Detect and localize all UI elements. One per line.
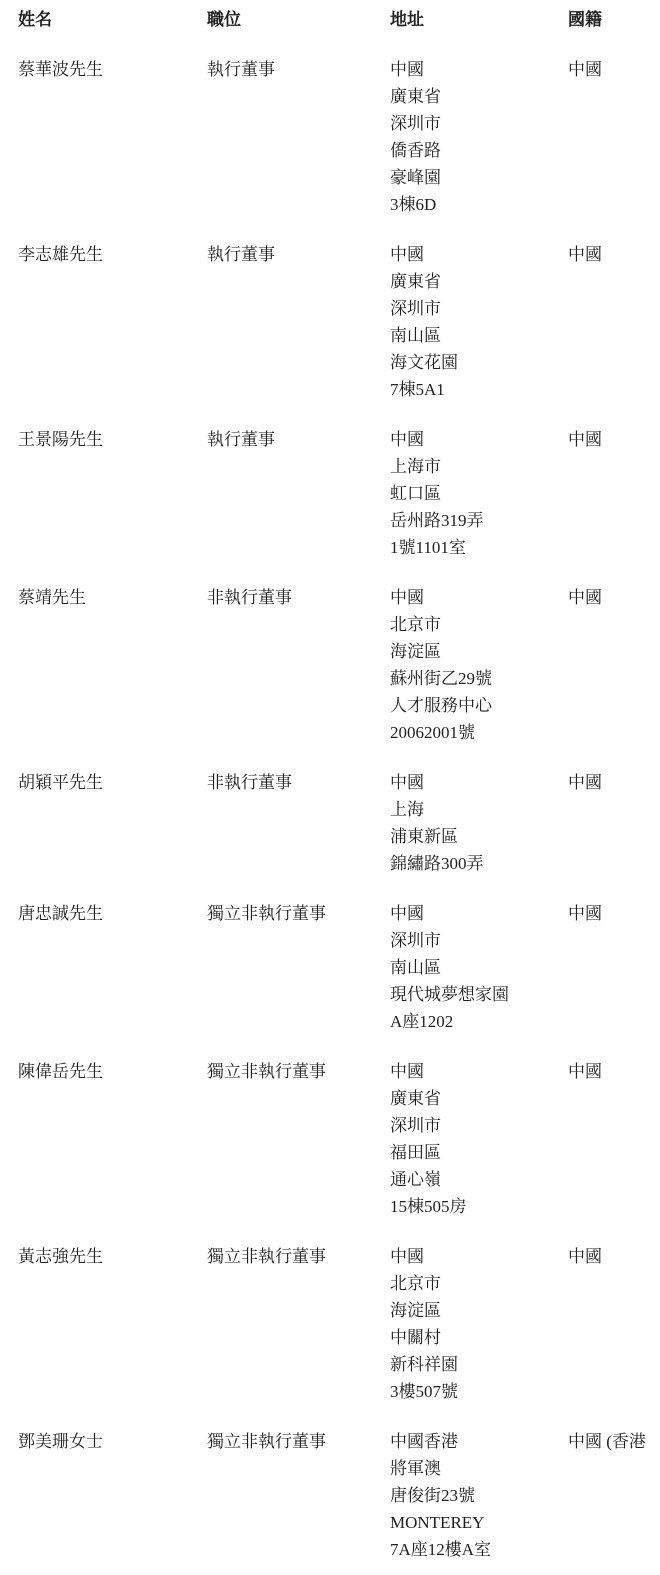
address-line: 中國 bbox=[390, 426, 568, 453]
address-line: 中國 bbox=[390, 584, 568, 611]
address-line: 虹口區 bbox=[390, 480, 568, 507]
director-position: 獨立非執行董事 bbox=[207, 1243, 390, 1270]
address-line: 中關村 bbox=[390, 1324, 568, 1351]
address-line: 上海 bbox=[390, 796, 568, 823]
address-line: 中國 bbox=[390, 1243, 568, 1270]
director-position: 執行董事 bbox=[207, 426, 390, 453]
director-name: 李志雄先生 bbox=[18, 241, 207, 268]
address-line: 南山區 bbox=[390, 954, 568, 981]
director-name: 黃志強先生 bbox=[18, 1243, 207, 1270]
table-row: 胡穎平先生 非執行董事 中國上海浦東新區錦繡路300弄 中國 bbox=[18, 769, 660, 877]
director-name: 胡穎平先生 bbox=[18, 769, 207, 796]
table-row: 鄧美珊女士 獨立非執行董事 中國香港將軍澳唐俊街23號MONTEREY7A座12… bbox=[18, 1428, 660, 1563]
address-line: 深圳市 bbox=[390, 110, 568, 137]
director-position: 獨立非執行董事 bbox=[207, 1058, 390, 1085]
director-position: 執行董事 bbox=[207, 56, 390, 83]
address-line: 7A座12樓A室 bbox=[390, 1536, 568, 1563]
table-row: 蔡華波先生 執行董事 中國廣東省深圳市僑香路豪峰園3棟6D 中國 bbox=[18, 56, 660, 218]
director-address: 中國廣東省深圳市福田區通心嶺15棟505房 bbox=[390, 1058, 568, 1220]
director-nationality: 中國 bbox=[568, 56, 660, 83]
director-address: 中國深圳市南山區現代城夢想家園A座1202 bbox=[390, 900, 568, 1035]
address-line: 海淀區 bbox=[390, 1297, 568, 1324]
director-name: 王景陽先生 bbox=[18, 426, 207, 453]
address-line: 僑香路 bbox=[390, 137, 568, 164]
header-address: 地址 bbox=[390, 6, 568, 33]
director-name: 鄧美珊女士 bbox=[18, 1428, 207, 1455]
address-line: 中國香港 bbox=[390, 1428, 568, 1455]
table-row: 陳偉岳先生 獨立非執行董事 中國廣東省深圳市福田區通心嶺15棟505房 中國 bbox=[18, 1058, 660, 1220]
address-line: 3樓507號 bbox=[390, 1378, 568, 1405]
director-nationality: 中國 bbox=[568, 900, 660, 927]
director-name: 唐忠誠先生 bbox=[18, 900, 207, 927]
directors-table: 姓名 職位 地址 國籍 蔡華波先生 執行董事 中國廣東省深圳市僑香路豪峰園3棟6… bbox=[0, 0, 660, 1563]
address-line: 唐俊街23號 bbox=[390, 1482, 568, 1509]
address-line: 通心嶺 bbox=[390, 1166, 568, 1193]
address-line: 中國 bbox=[390, 1058, 568, 1085]
address-line: 岳州路319弄 bbox=[390, 507, 568, 534]
address-line: 中國 bbox=[390, 241, 568, 268]
director-position: 獨立非執行董事 bbox=[207, 900, 390, 927]
director-nationality: 中國 bbox=[568, 1058, 660, 1085]
address-line: 蘇州街乙29號 bbox=[390, 665, 568, 692]
director-address: 中國廣東省深圳市僑香路豪峰園3棟6D bbox=[390, 56, 568, 218]
address-line: 海淀區 bbox=[390, 638, 568, 665]
address-line: 福田區 bbox=[390, 1139, 568, 1166]
address-line: 北京市 bbox=[390, 611, 568, 638]
director-position: 執行董事 bbox=[207, 241, 390, 268]
address-line: 人才服務中心 bbox=[390, 692, 568, 719]
table-row: 蔡靖先生 非執行董事 中國北京市海淀區蘇州街乙29號人才服務中心20062001… bbox=[18, 584, 660, 746]
director-position: 非執行董事 bbox=[207, 769, 390, 796]
director-nationality: 中國 bbox=[568, 769, 660, 796]
address-line: 現代城夢想家園 bbox=[390, 981, 568, 1008]
address-line: 廣東省 bbox=[390, 268, 568, 295]
director-nationality: 中國 bbox=[568, 426, 660, 453]
address-line: 廣東省 bbox=[390, 1085, 568, 1112]
director-nationality: 中國 bbox=[568, 1243, 660, 1270]
address-line: 深圳市 bbox=[390, 1112, 568, 1139]
director-address: 中國香港將軍澳唐俊街23號MONTEREY7A座12樓A室 bbox=[390, 1428, 568, 1563]
director-nationality: 中國 bbox=[568, 241, 660, 268]
table-row: 唐忠誠先生 獨立非執行董事 中國深圳市南山區現代城夢想家園A座1202 中國 bbox=[18, 900, 660, 1035]
header-position: 職位 bbox=[207, 6, 390, 33]
address-line: 廣東省 bbox=[390, 83, 568, 110]
address-line: 深圳市 bbox=[390, 927, 568, 954]
address-line: 深圳市 bbox=[390, 295, 568, 322]
table-row: 黃志強先生 獨立非執行董事 中國北京市海淀區中關村新科祥園3樓507號 中國 bbox=[18, 1243, 660, 1405]
director-address: 中國北京市海淀區中關村新科祥園3樓507號 bbox=[390, 1243, 568, 1405]
table-header-row: 姓名 職位 地址 國籍 bbox=[18, 6, 660, 33]
director-address: 中國北京市海淀區蘇州街乙29號人才服務中心20062001號 bbox=[390, 584, 568, 746]
address-line: 海文花園 bbox=[390, 349, 568, 376]
address-line: 上海市 bbox=[390, 453, 568, 480]
address-line: 中國 bbox=[390, 769, 568, 796]
address-line: 中國 bbox=[390, 56, 568, 83]
table-row: 王景陽先生 執行董事 中國上海市虹口區岳州路319弄1號1101室 中國 bbox=[18, 426, 660, 561]
header-nationality: 國籍 bbox=[568, 6, 660, 33]
address-line: 將軍澳 bbox=[390, 1455, 568, 1482]
address-line: 新科祥園 bbox=[390, 1351, 568, 1378]
address-line: A座1202 bbox=[390, 1008, 568, 1035]
director-address: 中國上海市虹口區岳州路319弄1號1101室 bbox=[390, 426, 568, 561]
director-position: 獨立非執行董事 bbox=[207, 1428, 390, 1455]
address-line: 中國 bbox=[390, 900, 568, 927]
address-line: 7棟5A1 bbox=[390, 376, 568, 403]
address-line: 20062001號 bbox=[390, 719, 568, 746]
table-row: 李志雄先生 執行董事 中國廣東省深圳市南山區海文花園7棟5A1 中國 bbox=[18, 241, 660, 403]
address-line: 浦東新區 bbox=[390, 823, 568, 850]
address-line: 3棟6D bbox=[390, 191, 568, 218]
director-name: 蔡靖先生 bbox=[18, 584, 207, 611]
address-line: 北京市 bbox=[390, 1270, 568, 1297]
director-address: 中國上海浦東新區錦繡路300弄 bbox=[390, 769, 568, 877]
director-name: 陳偉岳先生 bbox=[18, 1058, 207, 1085]
director-address: 中國廣東省深圳市南山區海文花園7棟5A1 bbox=[390, 241, 568, 403]
director-position: 非執行董事 bbox=[207, 584, 390, 611]
address-line: 1號1101室 bbox=[390, 534, 568, 561]
table-body: 蔡華波先生 執行董事 中國廣東省深圳市僑香路豪峰園3棟6D 中國 李志雄先生 執… bbox=[18, 56, 660, 1563]
address-line: 南山區 bbox=[390, 322, 568, 349]
address-line: 15棟505房 bbox=[390, 1193, 568, 1220]
director-nationality: 中國 bbox=[568, 584, 660, 611]
address-line: MONTEREY bbox=[390, 1509, 568, 1536]
director-name: 蔡華波先生 bbox=[18, 56, 207, 83]
director-nationality: 中國 (香港 bbox=[568, 1428, 660, 1455]
address-line: 錦繡路300弄 bbox=[390, 850, 568, 877]
address-line: 豪峰園 bbox=[390, 164, 568, 191]
header-name: 姓名 bbox=[18, 6, 207, 33]
